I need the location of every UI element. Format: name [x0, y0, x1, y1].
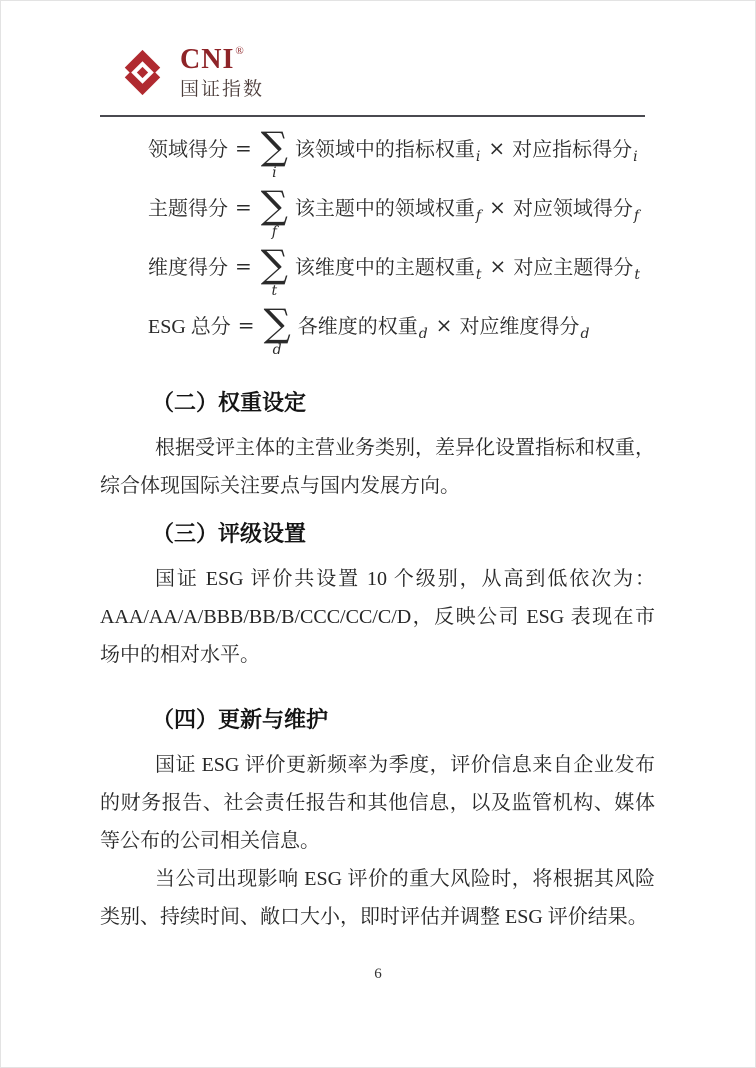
- equals-sign: =: [235, 136, 252, 160]
- multiply-sign: ×: [436, 313, 453, 337]
- summation-index: t: [272, 284, 278, 298]
- sigma-icon: ∑: [261, 188, 288, 222]
- brand-name: CNI: [180, 46, 234, 74]
- section-heading: （二）权重设定: [100, 390, 655, 416]
- summation-index: d: [273, 343, 282, 357]
- equals-sign: =: [235, 254, 252, 278]
- paragraph: 国证 ESG 评价共设置 10 个级别，从高到低依次为：AAA/AA/A/BBB…: [100, 560, 655, 674]
- page-number: 6: [0, 966, 756, 983]
- formula-lhs: 领域得分: [148, 133, 228, 162]
- formula-term: 该主题中的领域权重: [295, 192, 475, 221]
- document-page: CNI ® 国证指数 领域得分 = ∑ i 该领域中的指标权重 i × 对应指标…: [0, 0, 756, 1068]
- summation-symbol: ∑ d: [264, 306, 291, 356]
- multiply-sign: ×: [490, 254, 507, 278]
- formula-subscript: f: [634, 208, 639, 224]
- paragraph: 根据受评主体的主营业务类别，差异化设置指标和权重，综合体现国际关注要点与国内发展…: [100, 429, 655, 505]
- header-divider: [100, 115, 645, 117]
- summation-symbol: ∑ t: [261, 247, 288, 297]
- formula-term: 该领域中的指标权重: [295, 133, 475, 162]
- equals-sign: =: [238, 313, 255, 337]
- section-heading: （四）更新与维护: [100, 707, 655, 733]
- formula-term: 对应领域得分: [513, 192, 633, 221]
- section-update-maintenance: （四）更新与维护 国证 ESG 评价更新频率为季度，评价信息来自企业发布的财务报…: [100, 707, 655, 936]
- formula-subscript: d: [419, 326, 428, 342]
- summation-symbol: ∑ f: [261, 188, 288, 238]
- formula-lhs: 主题得分: [148, 192, 228, 221]
- summation-index: f: [272, 225, 277, 239]
- formula-lhs: 维度得分: [148, 251, 228, 280]
- formula-term: 该维度中的主题权重: [295, 251, 475, 280]
- sigma-icon: ∑: [264, 306, 291, 340]
- formula-lhs: ESG 总分: [148, 310, 231, 339]
- formula-block: 领域得分 = ∑ i 该领域中的指标权重 i × 对应指标得分 i 主题得分 =…: [148, 118, 641, 354]
- formula-subscript: d: [580, 326, 589, 342]
- sigma-icon: ∑: [261, 129, 288, 163]
- section-heading: （三）评级设置: [100, 521, 655, 547]
- formula-dimension-score: 维度得分 = ∑ t 该维度中的主题权重 t × 对应主题得分 t: [148, 236, 641, 295]
- formula-theme-score: 主题得分 = ∑ f 该主题中的领域权重 f × 对应领域得分 f: [148, 177, 641, 236]
- summation-index: i: [272, 166, 276, 180]
- cni-logo-icon: [114, 44, 171, 101]
- formula-term: 对应主题得分: [513, 251, 633, 280]
- multiply-sign: ×: [489, 195, 506, 219]
- registered-trademark-icon: ®: [235, 46, 243, 57]
- brand-block: CNI ® 国证指数: [180, 46, 264, 99]
- multiply-sign: ×: [488, 136, 505, 160]
- sigma-icon: ∑: [261, 247, 288, 281]
- rating-scale: AAA/AA/A/BBB/BB/B/CCC/CC/C/D: [100, 606, 411, 628]
- formula-domain-score: 领域得分 = ∑ i 该领域中的指标权重 i × 对应指标得分 i: [148, 118, 641, 177]
- formula-term: 各维度的权重: [298, 310, 418, 339]
- formula-subscript: i: [476, 149, 480, 165]
- rating-text-before: 国证 ESG 评价共设置 10 个级别，从高到低依次为：: [155, 568, 655, 590]
- formula-esg-total-score: ESG 总分 = ∑ d 各维度的权重 d × 对应维度得分 d: [148, 295, 641, 354]
- section-weight-setting: （二）权重设定 根据受评主体的主营业务类别，差异化设置指标和权重，综合体现国际关…: [100, 390, 655, 505]
- section-rating-setting: （三）评级设置 国证 ESG 评价共设置 10 个级别，从高到低依次为：AAA/…: [100, 521, 655, 674]
- equals-sign: =: [235, 195, 252, 219]
- header: CNI ® 国证指数: [114, 44, 264, 101]
- paragraph: 当公司出现影响 ESG 评价的重大风险时，将根据其风险类别、持续时间、敞口大小，…: [100, 860, 655, 936]
- paragraph: 国证 ESG 评价更新频率为季度，评价信息来自企业发布的财务报告、社会责任报告和…: [100, 746, 655, 860]
- summation-symbol: ∑ i: [261, 129, 288, 179]
- formula-subscript: t: [476, 267, 482, 283]
- formula-term: 对应维度得分: [459, 310, 579, 339]
- formula-subscript: t: [634, 267, 640, 283]
- formula-term: 对应指标得分: [512, 133, 632, 162]
- formula-subscript: i: [633, 149, 637, 165]
- brand-name-chinese: 国证指数: [180, 80, 264, 99]
- formula-subscript: f: [476, 208, 481, 224]
